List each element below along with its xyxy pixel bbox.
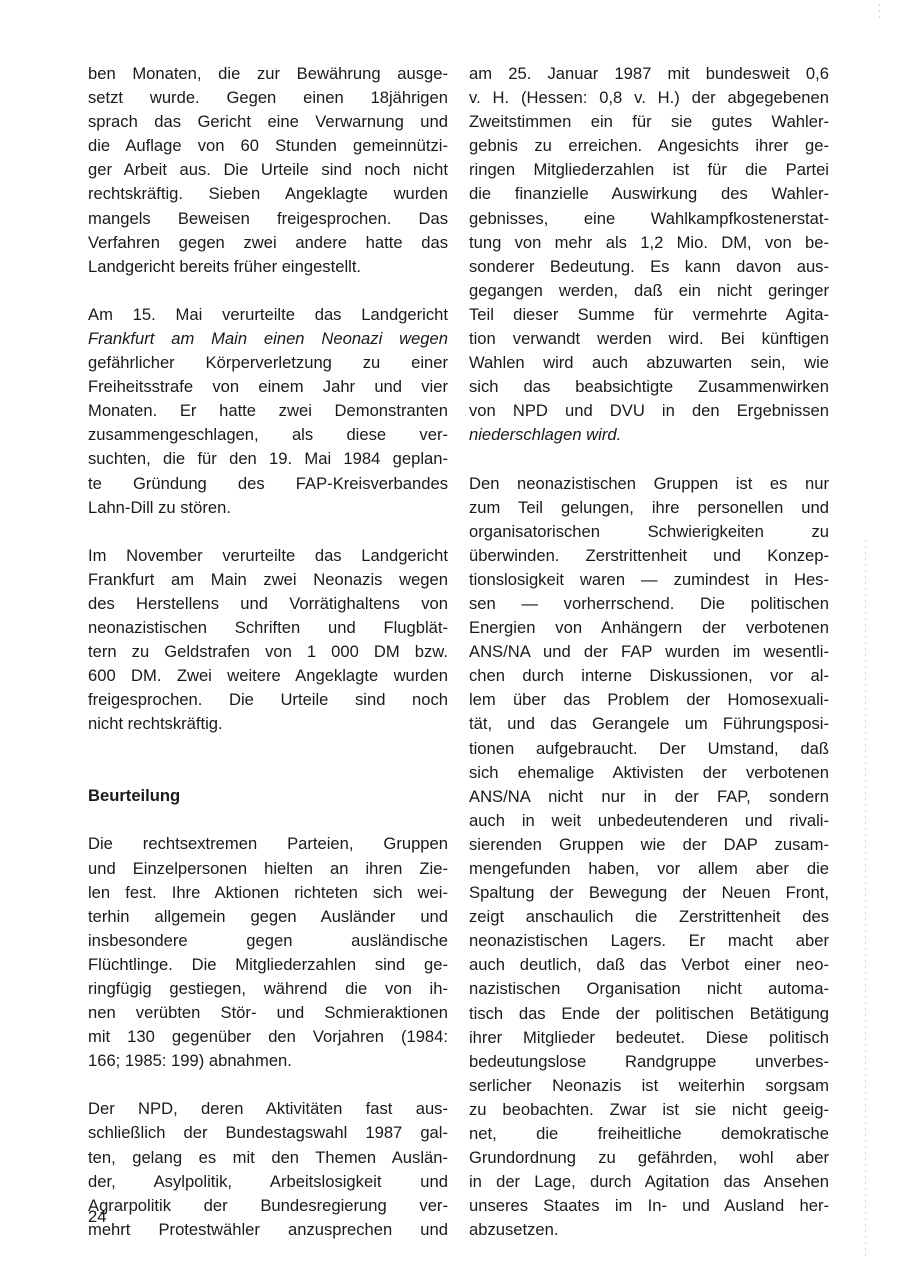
section-heading: Beurteilung: [88, 784, 448, 808]
text-line: Frankfurt am Main einen Neonazi wegen: [88, 327, 448, 351]
text-line: Frankfurt am Main zwei Neonazis wegen: [88, 568, 448, 592]
text-line: Den neonazistischen Gruppen ist es nur: [469, 472, 829, 496]
text-line: ben Monaten, die zur Bewährung ausge-: [88, 62, 448, 86]
text-line: Lahn-Dill zu stören.: [88, 496, 448, 520]
text-line: mangels Beweisen freigesprochen. Das: [88, 207, 448, 231]
text-line: auch in weit unbedeutenderen und rivali-: [469, 809, 829, 833]
text-line: mehrt Protestwähler anzusprechen und: [88, 1218, 448, 1242]
text-line: Flüchtlinge. Die Mitgliederzahlen sind g…: [88, 953, 448, 977]
text-line: Zweitstimmen ein für sie gutes Wahler-: [469, 110, 829, 134]
text-line: ANS/NA und der FAP wurden im wesentli-: [469, 640, 829, 664]
text-line: gebnisses, eine Wahlkampfkostenerstat-: [469, 207, 829, 231]
text-line: sich das beabsichtigte Zusammenwirken: [469, 375, 829, 399]
text-line: niederschlagen wird.: [469, 423, 829, 447]
text-line: auch deutlich, daß das Verbot einer neo-: [469, 953, 829, 977]
text-line: die Auflage von 60 Stunden gemeinnützi-: [88, 134, 448, 158]
text-line: abzusetzen.: [469, 1218, 829, 1242]
text-line: net, die freiheitliche demokratische: [469, 1122, 829, 1146]
paragraph-npd: Der NPD, deren Aktivitäten fast aus- sch…: [88, 1097, 448, 1242]
paragraph-election-result: am 25. Januar 1987 mit bundesweit 0,6 v.…: [469, 62, 829, 448]
text-line: neonazistischen Schriften und Flugblät-: [88, 616, 448, 640]
text-line: tisch das Ende der politischen Betätigun…: [469, 1002, 829, 1026]
text-line: tionen aufgebraucht. Der Umstand, daß: [469, 737, 829, 761]
document-page: ben Monaten, die zur Bewährung ausge- se…: [0, 0, 900, 1276]
text-line: freigesprochen. Die Urteile sind noch: [88, 688, 448, 712]
scan-artifact: [865, 540, 866, 1260]
text-line: terhin allgemein gegen Ausländer und: [88, 905, 448, 929]
text-line: zu beobachten. Zwar ist sie nicht geeig-: [469, 1098, 829, 1122]
text-line: len fest. Ihre Aktionen richteten sich w…: [88, 881, 448, 905]
text-line: des Herstellens und Vorrätighaltens von: [88, 592, 448, 616]
text-line: gegangen werden, daß ein nicht geringer: [469, 279, 829, 303]
text-line: Grundordnung zu gefährden, wohl aber: [469, 1146, 829, 1170]
text-line: nazistischen Organisation nicht automa-: [469, 977, 829, 1001]
text-line: ger Arbeit aus. Die Urteile sind noch ni…: [88, 158, 448, 182]
text-line: ANS/NA nicht nur in der FAP, sondern: [469, 785, 829, 809]
text-line: Der NPD, deren Aktivitäten fast aus-: [88, 1097, 448, 1121]
paragraph-neonazi-groups: Den neonazistischen Gruppen ist es nur z…: [469, 472, 829, 1243]
text-line: tionslosigkeit waren — zumindest in Hes-: [469, 568, 829, 592]
text-line: chen durch interne Diskussionen, vor al-: [469, 664, 829, 688]
text-line: ringen Mitgliederzahlen ist für die Part…: [469, 158, 829, 182]
text-line: die finanzielle Auswirkung des Wahler-: [469, 182, 829, 206]
text-line: mit 130 gegenüber den Vorjahren (1984:: [88, 1025, 448, 1049]
text-line: lem über das Problem der Homosexuali-: [469, 688, 829, 712]
text-line: am 25. Januar 1987 mit bundesweit 0,6: [469, 62, 829, 86]
text-line: 600 DM. Zwei weitere Angeklagte wurden: [88, 664, 448, 688]
text-line: insbesondere gegen ausländische: [88, 929, 448, 953]
text-line: Spaltung der Bewegung der Neuen Front,: [469, 881, 829, 905]
text-line: von NPD und DVU in den Ergebnissen: [469, 399, 829, 423]
text-line: unseres Staates im In- und Ausland her-: [469, 1194, 829, 1218]
text-line: Teil dieser Summe für vermehrte Agita-: [469, 303, 829, 327]
text-line: nicht rechtskräftig.: [88, 712, 448, 736]
text-line: zum Teil gelungen, ihre personellen und: [469, 496, 829, 520]
text-line: gebnis zu erreichen. Angesichts ihrer ge…: [469, 134, 829, 158]
scan-artifact: [879, 4, 880, 22]
text-line: Energien von Anhängern der verbotenen: [469, 616, 829, 640]
text-line: ihrer Mitglieder bedeutet. Diese politis…: [469, 1026, 829, 1050]
text-line: sprach das Gericht eine Verwarnung und: [88, 110, 448, 134]
text-line: mengefunden haben, vor allem aber die: [469, 857, 829, 881]
text-line: Agrarpolitik der Bundesregierung ver-: [88, 1194, 448, 1218]
text-line: neonazistischen Lagers. Er macht aber: [469, 929, 829, 953]
text-line: und Einzelpersonen hielten an ihren Zie-: [88, 857, 448, 881]
left-column: ben Monaten, die zur Bewährung ausge- se…: [88, 62, 448, 1266]
text-line: ten, gelang es mit den Themen Auslän-: [88, 1146, 448, 1170]
text-line: gefährlicher Körperverletzung zu einer: [88, 351, 448, 375]
text-line: zusammengeschlagen, als diese ver-: [88, 423, 448, 447]
text-line: tät, und das Gerangele um Führungsposi-: [469, 712, 829, 736]
text-line: Landgericht bereits früher eingestellt.: [88, 255, 448, 279]
text-line: sierenden Gruppen wie der DAP zusam-: [469, 833, 829, 857]
text-line: tion verwandt werden wird. Bei künftigen: [469, 327, 829, 351]
text-line: Monaten. Er hatte zwei Demonstranten: [88, 399, 448, 423]
paragraph-may-15-verdict: Am 15. Mai verurteilte das Landgericht F…: [88, 303, 448, 520]
page-number: 24: [88, 1207, 106, 1227]
text-line: ringfügig gestiegen, während die von ih-: [88, 977, 448, 1001]
text-line: Die rechtsextremen Parteien, Gruppen: [88, 832, 448, 856]
text-line: rechtskräftig. Sieben Angeklagte wurden: [88, 182, 448, 206]
text-line: 166; 1985: 199) abnahmen.: [88, 1049, 448, 1073]
text-line: der, Asylpolitik, Arbeitslosigkeit und: [88, 1170, 448, 1194]
text-line: serlicher Neonazis ist weiterhin sorgsam: [469, 1074, 829, 1098]
text-line: suchten, die für den 19. Mai 1984 geplan…: [88, 447, 448, 471]
text-line: Verfahren gegen zwei andere hatte das: [88, 231, 448, 255]
text-line: organisatorischen Schwierigkeiten zu: [469, 520, 829, 544]
text-line: Am 15. Mai verurteilte das Landgericht: [88, 303, 448, 327]
text-line: tung von mehr als 1,2 Mio. DM, von be-: [469, 231, 829, 255]
right-column: am 25. Januar 1987 mit bundesweit 0,6 v.…: [469, 62, 829, 1267]
paragraph-assessment: Die rechtsextremen Parteien, Gruppen und…: [88, 832, 448, 1073]
text-line: schließlich der Bundestagswahl 1987 gal-: [88, 1121, 448, 1145]
paragraph-november-verdict: Im November verurteilte das Landgericht …: [88, 544, 448, 737]
text-line: v. H. (Hessen: 0,8 v. H.) der abgegebene…: [469, 86, 829, 110]
text-line: Freiheitsstrafe von einem Jahr und vier: [88, 375, 448, 399]
text-line: sonderer Bedeutung. Es kann davon aus-: [469, 255, 829, 279]
text-line: überwinden. Zerstrittenheit und Konzep-: [469, 544, 829, 568]
text-line: sen — vorherrschend. Die politischen: [469, 592, 829, 616]
text-line: zeigt anschaulich die Zerstrittenheit de…: [469, 905, 829, 929]
text-line: nen verübten Stör- und Schmieraktionen: [88, 1001, 448, 1025]
text-line: Wahlen wird auch abzuwarten sein, wie: [469, 351, 829, 375]
text-line: te Gründung des FAP-Kreisverbandes: [88, 472, 448, 496]
text-line: in der Lage, durch Agitation das Ansehen: [469, 1170, 829, 1194]
text-line: setzt wurde. Gegen einen 18jährigen: [88, 86, 448, 110]
text-line: tern zu Geldstrafen von 1 000 DM bzw.: [88, 640, 448, 664]
paragraph-verdicts-continued: ben Monaten, die zur Bewährung ausge- se…: [88, 62, 448, 279]
text-line: bedeutungslose Randgruppe unverbes-: [469, 1050, 829, 1074]
text-line: sich ehemalige Aktivisten der verbotenen: [469, 761, 829, 785]
text-line: Im November verurteilte das Landgericht: [88, 544, 448, 568]
